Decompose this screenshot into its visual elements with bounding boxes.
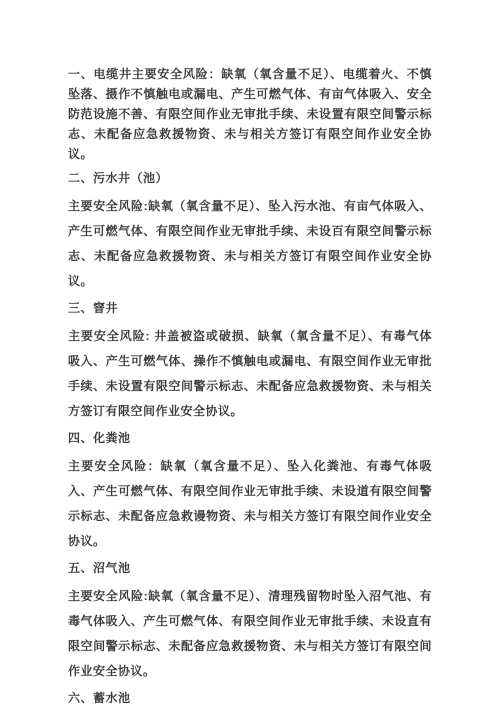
section-biogas-pit-heading: 五、沼气池 bbox=[68, 558, 432, 578]
section-septic-tank-body: 主要安全风险：缺氧（氧含量不足）、坠入化粪池、有毒气体吸入、产生可燃气体、有限空… bbox=[68, 454, 432, 554]
section-manhole: 三、窨井 主要安全风险: 井盖被盗或破损、缺氧（氧含量不足）、有毒气体吸入、产生… bbox=[68, 298, 432, 424]
section-septic-tank: 四、化粪池 主要安全风险：缺氧（氧含量不足）、坠入化粪池、有毒气体吸入、产生可燃… bbox=[68, 428, 432, 554]
section-manhole-heading: 三、窨井 bbox=[68, 298, 432, 318]
section-biogas-pit: 五、沼气池 主要安全风险:缺氧（氧含量不足）、清理残留物时坠入沼气池、有毒气体吸… bbox=[68, 558, 432, 684]
section-cable-well-body: 一、电缆井主要安全风险：缺氧（氧含量不足）、电缆着火、不慎坠落、摄作不慎触电或漏… bbox=[68, 64, 432, 164]
section-biogas-pit-body: 主要安全风险:缺氧（氧含量不足）、清理残留物时坠入沼气池、有毒气体吸入、产生可燃… bbox=[68, 584, 432, 684]
section-cable-well: 一、电缆井主要安全风险：缺氧（氧含量不足）、电缆着火、不慎坠落、摄作不慎触电或漏… bbox=[68, 64, 432, 164]
section-cistern-heading: 六、蓄水池 bbox=[68, 688, 432, 707]
section-sewage-well-heading: 二、污水井（池） bbox=[68, 168, 432, 188]
section-sewage-well: 二、污水井（池） 主要安全风险:缺氧（氧含量不足）、坠入污水池、有亩气体吸入、产… bbox=[68, 168, 432, 294]
section-manhole-body: 主要安全风险: 井盖被盗或破损、缺氧（氧含量不足）、有毒气体吸入、产生可燃气体、… bbox=[68, 324, 432, 424]
document-page: 一、电缆井主要安全风险：缺氧（氧含量不足）、电缆着火、不慎坠落、摄作不慎触电或漏… bbox=[0, 0, 500, 707]
section-septic-tank-heading: 四、化粪池 bbox=[68, 428, 432, 448]
section-cistern: 六、蓄水池 bbox=[68, 688, 432, 707]
document-content: 一、电缆井主要安全风险：缺氧（氧含量不足）、电缆着火、不慎坠落、摄作不慎触电或漏… bbox=[68, 64, 432, 707]
section-sewage-well-body: 主要安全风险:缺氧（氧含量不足）、坠入污水池、有亩气体吸入、产生可燃气体、有限空… bbox=[68, 194, 432, 294]
